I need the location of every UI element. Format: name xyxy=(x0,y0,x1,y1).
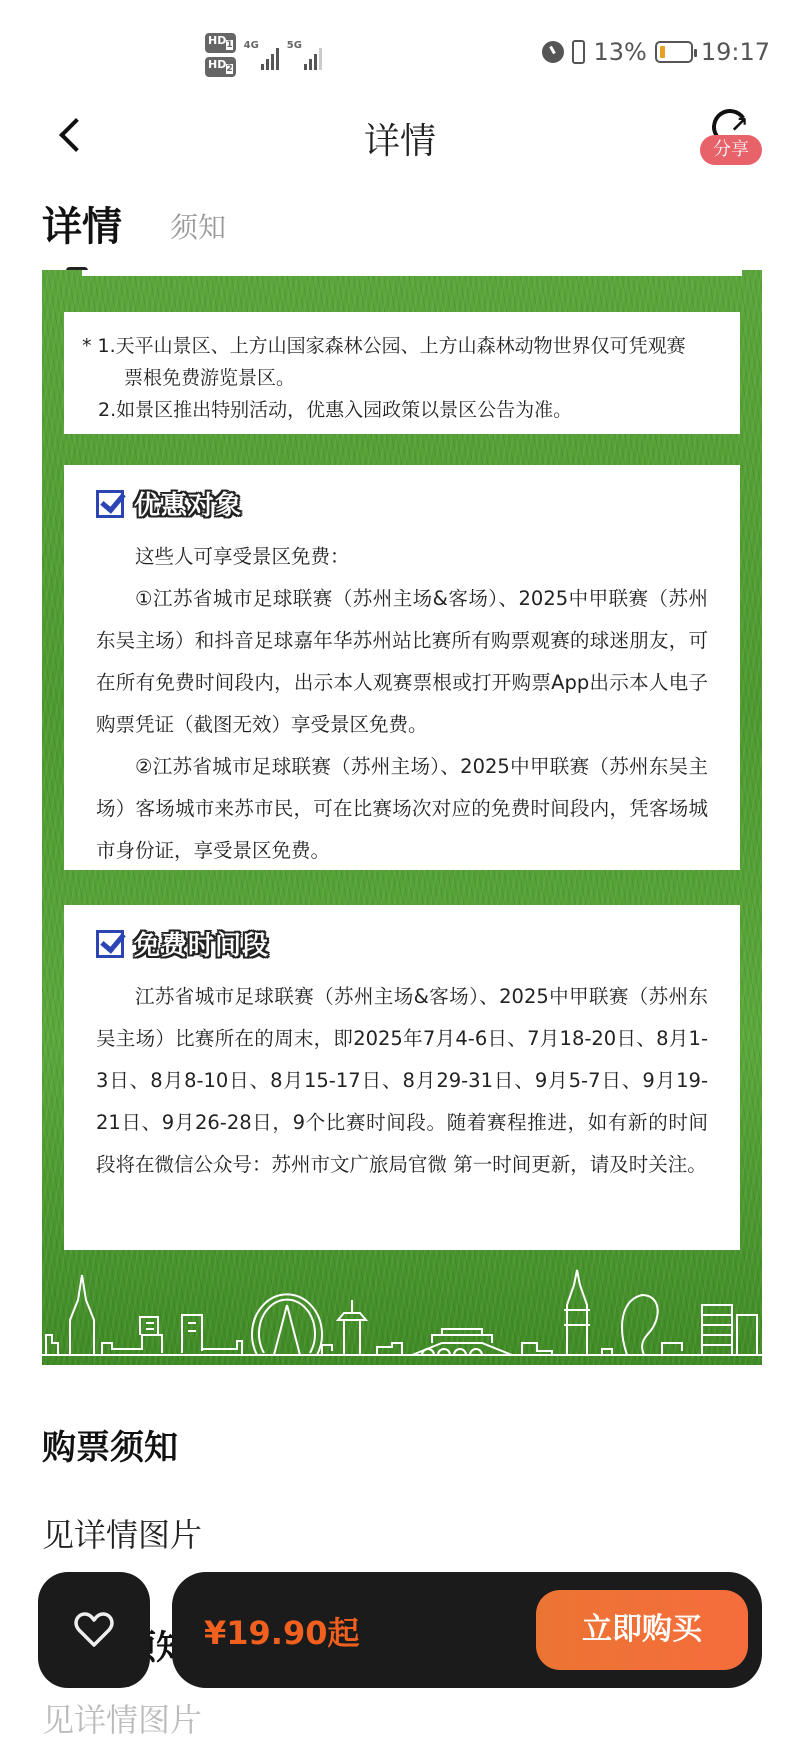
vibrate-icon xyxy=(572,40,585,64)
tab-details[interactable]: 详情 xyxy=(42,195,122,252)
free-time-card: 免费时间段 江苏省城市足球联赛（苏州主场&客场）、2025中甲联赛（苏州东吴主场… xyxy=(64,905,740,1250)
tab-bar: 详情 须知 xyxy=(42,195,226,252)
hd-voice-sim2-icon: HD2 xyxy=(205,57,236,77)
free-time-text: 江苏省城市足球联赛（苏州主场&客场）、2025中甲联赛（苏州东吴主场）比赛所在的… xyxy=(96,976,708,1186)
clock: 19:17 xyxy=(701,38,770,66)
poster-top-edge xyxy=(82,270,742,276)
detail-poster-image: * 1.天平山景区、上方山国家森林公园、上方山森林动物世界仅可凭观赛 票根免费游… xyxy=(42,270,762,1365)
battery-percent: 13% xyxy=(593,38,646,66)
signal-4g-icon: 4G xyxy=(244,40,279,70)
favorite-button[interactable] xyxy=(38,1572,150,1688)
note-line-1: * 1.天平山景区、上方山国家森林公园、上方山森林动物世界仅可凭观赛 xyxy=(82,330,722,362)
note-line-2: 2.如景区推出特别活动，优惠入园政策以景区公告为准。 xyxy=(82,394,722,426)
city-skyline-illustration xyxy=(42,1265,762,1365)
hd-voice-sim1-icon: HD1 xyxy=(205,33,236,53)
price-label: ¥19.90起 xyxy=(204,1608,360,1654)
benefit-item-2: ②江苏省城市足球联赛（苏州主场）、2025中甲联赛（苏州东吴主场）客场城市来苏市… xyxy=(96,746,708,872)
benefit-title: 优惠对象 xyxy=(134,485,242,522)
system-indicators: 13% 19:17 xyxy=(542,38,770,66)
tab-notice[interactable]: 须知 xyxy=(170,206,226,252)
checkbox-checked-icon xyxy=(96,930,124,958)
free-time-title: 免费时间段 xyxy=(134,925,269,962)
purchase-bar: ¥19.90起 立即购买 xyxy=(172,1572,762,1688)
tab-details-label: 详情 xyxy=(42,204,122,250)
nav-bar: 详情 ↗ 分享 xyxy=(0,95,800,175)
network-5g-label: 5G xyxy=(287,40,302,51)
note-line-1-cont: 票根免费游览景区。 xyxy=(82,362,722,394)
benefit-item-1: ①江苏省城市足球联赛（苏州主场&客场）、2025中甲联赛（苏州东吴主场）和抖音足… xyxy=(96,578,708,746)
note-card: * 1.天平山景区、上方山国家森林公园、上方山森林动物世界仅可凭观赛 票根免费游… xyxy=(64,312,740,434)
checkbox-checked-icon xyxy=(96,490,124,518)
share-badge: 分享 xyxy=(700,135,762,165)
page-title: 详情 xyxy=(0,113,800,164)
network-4g-label: 4G xyxy=(244,40,259,51)
purchase-notice-heading: 购票须知 xyxy=(42,1420,178,1469)
notice-text-faded: 见详情图片 xyxy=(42,1695,202,1741)
battery-icon xyxy=(655,41,693,63)
share-button[interactable]: ↗ 分享 xyxy=(700,107,764,167)
signal-indicators: HD1 HD2 4G 5G xyxy=(205,33,322,77)
benefit-card: 优惠对象 这些人可享受景区免费： ①江苏省城市足球联赛（苏州主场&客场）、202… xyxy=(64,465,740,870)
heart-outline-icon xyxy=(74,1612,114,1648)
benefit-intro: 这些人可享受景区免费： xyxy=(96,536,708,578)
tab-notice-label: 须知 xyxy=(170,211,226,244)
purchase-notice-text: 见详情图片 xyxy=(42,1510,202,1556)
buy-now-button[interactable]: 立即购买 xyxy=(536,1590,748,1670)
status-bar: HD1 HD2 4G 5G 13% 19:17 xyxy=(0,0,800,90)
signal-5g-icon: 5G xyxy=(287,40,322,70)
alarm-icon xyxy=(542,41,564,63)
